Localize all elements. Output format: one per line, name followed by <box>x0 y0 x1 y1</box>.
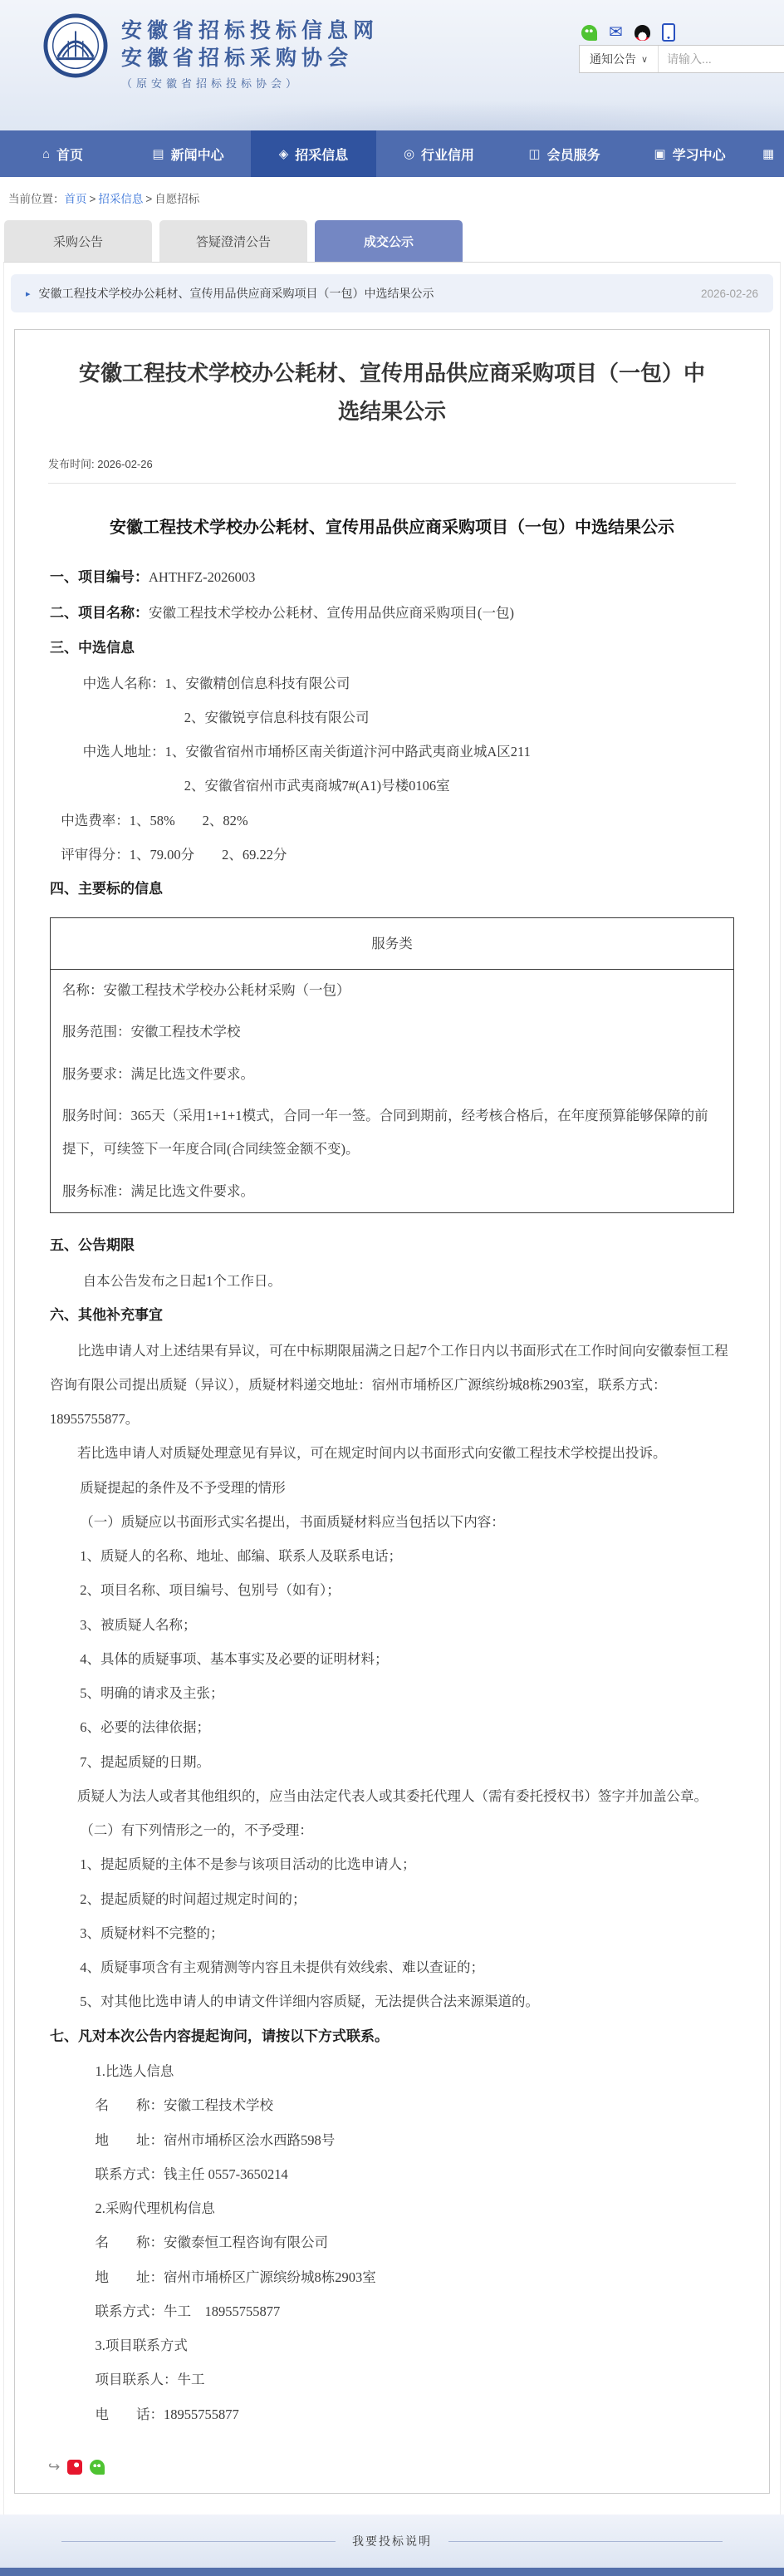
paragraph-text: （二）有下列情形之一的，不予受理： <box>80 1822 313 1838</box>
nav-item-label: 招采信息 <box>295 145 348 164</box>
nav-item[interactable]: ◈招采信息 <box>251 130 376 177</box>
tab-bar: 采购公告答疑澄清公告成交公示 <box>0 214 784 262</box>
article-paragraph: 中选费率：1、58% 2、82% <box>61 804 734 838</box>
nav-item[interactable]: ▤新闻中心 <box>125 130 251 177</box>
breadcrumb-label: 当前位置： <box>8 193 65 205</box>
paragraph-text: 2、提起质疑的时间超过规定时间的； <box>80 1891 306 1907</box>
section-heading: 二、项目名称： <box>50 605 149 621</box>
paragraph-text: 自本公告发布之日起1个工作日。 <box>83 1273 282 1289</box>
table-cell: 服务要求：满足比选文件要求。 <box>51 1054 734 1095</box>
nav-partial-icon: ▦ <box>762 146 774 161</box>
paragraph-text: 名 称：安徽泰恒工程咨询有限公司 <box>95 2234 328 2250</box>
paragraph-text: （一）质疑应以书面形式实名提出，书面质疑材料应当包括以下内容： <box>80 1514 505 1530</box>
article-paragraph: 3、质疑材料不完整的； <box>80 1916 734 1950</box>
search-bar: 通知公告 ∨ <box>579 45 784 73</box>
paragraph-text: 联系方式：牛工 18955755877 <box>95 2303 280 2319</box>
nav-item-partial[interactable]: ▦ <box>752 130 784 177</box>
tab[interactable]: 采购公告 <box>4 220 152 262</box>
search-input[interactable] <box>659 46 784 72</box>
phone-icon[interactable] <box>662 23 675 42</box>
section-heading: 三、中选信息 <box>50 640 135 656</box>
footer-strip <box>0 2568 784 2576</box>
study-icon: ▣ <box>654 146 665 161</box>
article-paragraph: 六、其他补充事宜 <box>50 1298 734 1334</box>
article-paragraph: 7、提起质疑的日期。 <box>80 1745 734 1779</box>
footer-line-right <box>448 2541 723 2542</box>
paragraph-text: 质疑人为法人或者其他组织的，应当由法定代表人或其委托代理人（需有委托授权书）签字… <box>77 1788 708 1804</box>
article-paragraph: 联系方式：钱主任 0557-3650214 <box>95 2157 734 2191</box>
table-header-cell: 服务类 <box>51 917 734 969</box>
breadcrumb-item: 自愿招标 <box>154 193 199 205</box>
section-heading: 一、项目编号： <box>50 569 149 585</box>
site-title-line1: 安徽省招标投标信息网 <box>121 18 379 46</box>
section-heading: 六、其他补充事宜 <box>50 1307 163 1323</box>
search-category-label: 通知公告 <box>590 51 636 67</box>
paragraph-text: 2、安徽锐亨信息科技有限公司 <box>184 710 370 725</box>
article-paragraph: 比选申请人对上述结果有异议，可在中标期限届满之日起7个工作日内以书面形式在工作时… <box>50 1334 734 1437</box>
article-paragraph: 3、被质疑人名称； <box>80 1608 734 1642</box>
article-paragraph: 地 址：宿州市埇桥区浍水西路598号 <box>95 2123 734 2157</box>
site-header: 安徽省招标投标信息网 安徽省招标采购协会 （原安徽省招标投标协会） ✉ 通知公告… <box>0 0 784 130</box>
paragraph-text: 4、具体的质疑事项、基本事实及必要的证明材料； <box>80 1651 388 1667</box>
paragraph-text: AHTHFZ-2026003 <box>149 569 255 585</box>
wechat-icon[interactable] <box>581 25 597 41</box>
article-heading: 安徽工程技术学校办公耗材、宣传用品供应商采购项目（一包）中选结果公示 <box>50 512 734 543</box>
news-icon: ▤ <box>152 146 164 161</box>
paragraph-text: 1、质疑人的名称、地址、邮编、联系人及联系电话； <box>80 1548 402 1564</box>
article-paragraph: 2、安徽省宿州市武夷商城7#(A1)号楼0106室 <box>184 769 734 803</box>
weibo-icon[interactable] <box>67 2460 82 2475</box>
article-paragraph: 项目联系人：牛工 <box>95 2362 734 2397</box>
article-paragraph: 名 称：安徽工程技术学校 <box>95 2088 734 2122</box>
paragraph-text: 5、对其他比选申请人的申请文件详细内容质疑，无法提供合法来源渠道的。 <box>80 1993 539 2009</box>
paragraph-text: 6、必要的法律依据； <box>80 1719 210 1735</box>
article-paragraph: （一）质疑应以书面形式实名提出，书面质疑材料应当包括以下内容： <box>80 1505 734 1539</box>
service-info-table: 服务类名称：安徽工程技术学校办公耗材采购（一包）服务范围：安徽工程技术学校服务要… <box>50 917 734 1214</box>
page: 安徽省招标投标信息网 安徽省招标采购协会 （原安徽省招标投标协会） ✉ 通知公告… <box>0 0 784 2576</box>
credit-icon: ◎ <box>404 146 414 161</box>
article-paragraph: 1.比选人信息 <box>95 2054 734 2088</box>
article-paragraph: 联系方式：牛工 18955755877 <box>95 2294 734 2328</box>
article-paragraph: 七、凡对本次公告内容提起询问，请按以下方式联系。 <box>50 2019 734 2055</box>
article-paragraph: 4、质疑事项含有主观猜测等内容且未提供有效线索、难以查证的； <box>80 1950 734 1984</box>
association-emblem-icon <box>43 13 108 78</box>
article-paragraph: 中选人地址：1、安徽省宿州市埇桥区南关街道汴河中路武夷商业城A区211 <box>83 735 734 769</box>
paragraph-text: 中选人地址：1、安徽省宿州市埇桥区南关街道汴河中路武夷商业城A区211 <box>83 744 531 760</box>
table-cell: 服务标准：满足比选文件要求。 <box>51 1171 734 1213</box>
paragraph-text: 比选申请人对上述结果有异议，可在中标期限届满之日起7个工作日内以书面形式在工作时… <box>50 1343 728 1428</box>
share-icon[interactable]: ↪ <box>48 2460 60 2475</box>
paragraph-text: 名 称：安徽工程技术学校 <box>95 2097 273 2113</box>
tab[interactable]: 成交公示 <box>315 220 463 262</box>
header-quick-links: ✉ <box>581 23 675 42</box>
list-item[interactable]: ▸安徽工程技术学校办公耗材、宣传用品供应商采购项目（一包）中选结果公示2026-… <box>11 274 773 312</box>
nav-items: ⌂首页▤新闻中心◈招采信息◎行业信用◫会员服务▣学习中心 <box>0 130 752 177</box>
caret-icon: ▸ <box>26 288 31 299</box>
paragraph-text: 3、被质疑人名称； <box>80 1617 196 1633</box>
article-paragraph: 名 称：安徽泰恒工程咨询有限公司 <box>95 2225 734 2259</box>
nav-item[interactable]: ▣学习中心 <box>627 130 752 177</box>
article-paragraph: 质疑人为法人或者其他组织的，应当由法定代表人或其委托代理人（需有委托授权书）签字… <box>50 1779 734 1813</box>
breadcrumb-separator: > <box>145 193 152 205</box>
article-paragraph: 四、主要标的信息 <box>50 872 734 907</box>
article-paragraph: 2、提起质疑的时间超过规定时间的； <box>80 1882 734 1916</box>
article-paragraph: 一、项目编号：AHTHFZ-2026003 <box>50 560 734 596</box>
paragraph-text: 4、质疑事项含有主观猜测等内容且未提供有效线索、难以查证的； <box>80 1959 484 1975</box>
paragraph-text: 1、提起质疑的主体不是参与该项目活动的比选申请人； <box>80 1856 415 1872</box>
nav-item-label: 学习中心 <box>673 145 726 164</box>
article-paragraph: 2.采购代理机构信息 <box>95 2191 734 2225</box>
share-row: ↪ <box>48 2460 736 2475</box>
mail-icon[interactable]: ✉ <box>609 25 623 41</box>
paragraph-text: 安徽工程技术学校办公耗材、宣传用品供应商采购项目(一包) <box>149 605 514 621</box>
member-icon: ◫ <box>528 146 540 161</box>
paragraph-text: 中选费率：1、58% 2、82% <box>61 813 248 828</box>
article-paragraph: 二、项目名称：安徽工程技术学校办公耗材、宣传用品供应商采购项目(一包) <box>50 596 734 632</box>
article-paragraph: 质疑提起的条件及不予受理的情形 <box>80 1471 734 1505</box>
article-paragraph: （二）有下列情形之一的，不予受理： <box>80 1813 734 1847</box>
article-paragraph: 5、明确的请求及主张； <box>80 1676 734 1710</box>
article-paragraph: 评审得分：1、79.00分 2、69.22分 <box>61 838 734 872</box>
breadcrumb-item[interactable]: 首页 <box>65 193 87 205</box>
home-icon: ⌂ <box>42 147 50 161</box>
site-titles: 安徽省招标投标信息网 安徽省招标采购协会 （原安徽省招标投标协会） <box>121 18 379 91</box>
announcement-list: ▸安徽工程技术学校办公耗材、宣传用品供应商采购项目（一包）中选结果公示2026-… <box>4 263 780 316</box>
announcement-detail: 安徽工程技术学校办公耗材、宣传用品供应商采购项目（一包）中选结果公示 发布时间:… <box>14 329 770 2494</box>
nav-item[interactable]: ⌂首页 <box>0 130 125 177</box>
article-paragraph: 2、项目名称、项目编号、包别号（如有）； <box>80 1573 734 1607</box>
article-paragraph: 3.项目联系方式 <box>95 2328 734 2362</box>
paragraph-text: 评审得分：1、79.00分 2、69.22分 <box>61 847 287 863</box>
article-paragraph: 地 址：宿州市埇桥区广源缤纷城8栋2903室 <box>95 2260 734 2294</box>
section-heading: 五、公告期限 <box>50 1237 135 1253</box>
section-heading: 七、凡对本次公告内容提起询问，请按以下方式联系。 <box>50 2028 389 2044</box>
list-item-title: 安徽工程技术学校办公耗材、宣传用品供应商采购项目（一包）中选结果公示 <box>39 285 434 302</box>
section-heading: 四、主要标的信息 <box>50 881 163 897</box>
qq-icon[interactable] <box>635 25 650 41</box>
article-paragraph: 2、安徽锐亨信息科技有限公司 <box>184 701 734 735</box>
article-paragraph: 5、对其他比选申请人的申请文件详细内容质疑，无法提供合法来源渠道的。 <box>80 1984 734 2018</box>
content-panel: ▸安徽工程技术学校办公耗材、宣传用品供应商采购项目（一包）中选结果公示2026-… <box>3 262 781 2516</box>
article-paragraph: 五、公告期限 <box>50 1228 734 1264</box>
paragraph-text: 2、安徽省宿州市武夷商城7#(A1)号楼0106室 <box>184 778 450 794</box>
paragraph-text: 地 址：宿州市埇桥区广源缤纷城8栋2903室 <box>95 2269 375 2285</box>
site-title-line2: 安徽省招标采购协会 <box>121 46 379 73</box>
paragraph-text: 联系方式：钱主任 0557-3650214 <box>95 2166 287 2182</box>
paragraph-text: 3、质疑材料不完整的； <box>80 1925 223 1941</box>
procurement-icon: ◈ <box>279 146 289 161</box>
search-category-select[interactable]: 通知公告 ∨ <box>580 46 659 72</box>
footer-band: 我要投标说明 <box>0 2515 784 2568</box>
nav-item-label: 行业信用 <box>421 145 474 164</box>
tab[interactable]: 答疑澄清公告 <box>159 220 307 262</box>
article-body: 安徽工程技术学校办公耗材、宣传用品供应商采购项目（一包）中选结果公示一、项目编号… <box>48 512 736 2431</box>
breadcrumb-item[interactable]: 招采信息 <box>98 193 143 205</box>
paragraph-text: 2、项目名称、项目编号、包别号（如有）； <box>80 1582 341 1598</box>
footer-bid-help-link[interactable]: 我要投标说明 <box>352 2533 432 2549</box>
nav-item-label: 首页 <box>56 145 83 164</box>
main-nav: ⌂首页▤新闻中心◈招采信息◎行业信用◫会员服务▣学习中心 ▦ <box>0 130 784 177</box>
list-item-date: 2026-02-26 <box>701 288 758 300</box>
paragraph-text: 地 址：宿州市埇桥区浍水西路598号 <box>95 2132 335 2148</box>
table-cell: 服务时间：365天（采用1+1+1模式，合同一年一签。合同到期前，经考核合格后，… <box>51 1095 734 1171</box>
paragraph-text: 5、明确的请求及主张； <box>80 1685 223 1701</box>
chevron-down-icon: ∨ <box>641 54 648 65</box>
article-paragraph: 电 话：18955755877 <box>95 2397 734 2431</box>
article-paragraph: 1、提起质疑的主体不是参与该项目活动的比选申请人； <box>80 1847 734 1881</box>
nav-item-label: 新闻中心 <box>171 145 224 164</box>
article-paragraph: 若比选申请人对质疑处理意见有异议，可在规定时间内以书面形式向安徽工程技术学校提出… <box>50 1436 734 1470</box>
site-logo <box>43 13 108 78</box>
article-paragraph: 6、必要的法律依据； <box>80 1710 734 1744</box>
paragraph-text: 7、提起质疑的日期。 <box>80 1754 210 1770</box>
paragraph-text: 电 话：18955755877 <box>95 2406 238 2422</box>
paragraph-text: 若比选申请人对质疑处理意见有异议，可在规定时间内以书面形式向安徽工程技术学校提出… <box>77 1445 667 1461</box>
article-paragraph: 中选人名称：1、安徽精创信息科技有限公司 <box>83 666 734 701</box>
publish-date: 发布时间: 2026-02-26 <box>48 455 736 471</box>
nav-item-label: 会员服务 <box>547 145 600 164</box>
paragraph-text: 项目联系人：牛工 <box>95 2372 204 2387</box>
page-title: 安徽工程技术学校办公耗材、宣传用品供应商采购项目（一包）中选结果公示 <box>71 355 713 430</box>
wechat-share-icon[interactable] <box>90 2460 105 2475</box>
table-cell: 名称：安徽工程技术学校办公耗材采购（一包） <box>51 969 734 1011</box>
divider <box>48 483 736 484</box>
table-cell: 服务范围：安徽工程技术学校 <box>51 1011 734 1053</box>
article-paragraph: 1、质疑人的名称、地址、邮编、联系人及联系电话； <box>80 1539 734 1573</box>
article-paragraph: 4、具体的质疑事项、基本事实及必要的证明材料； <box>80 1642 734 1676</box>
nav-item[interactable]: ◫会员服务 <box>502 130 627 177</box>
paragraph-text: 质疑提起的条件及不予受理的情形 <box>80 1480 286 1496</box>
nav-item[interactable]: ◎行业信用 <box>376 130 502 177</box>
site-title-line3: （原安徽省招标投标协会） <box>121 75 379 91</box>
footer-line-left <box>61 2541 336 2542</box>
paragraph-text: 1.比选人信息 <box>95 2063 174 2079</box>
article-paragraph: 三、中选信息 <box>50 631 734 666</box>
paragraph-text: 2.采购代理机构信息 <box>95 2200 214 2216</box>
breadcrumb: 当前位置：首页>招采信息>自愿招标 <box>0 177 784 214</box>
paragraph-text: 中选人名称：1、安徽精创信息科技有限公司 <box>83 676 350 691</box>
paragraph-text: 3.项目联系方式 <box>95 2338 187 2353</box>
breadcrumb-separator: > <box>90 193 96 205</box>
article-paragraph: 自本公告发布之日起1个工作日。 <box>83 1264 734 1298</box>
